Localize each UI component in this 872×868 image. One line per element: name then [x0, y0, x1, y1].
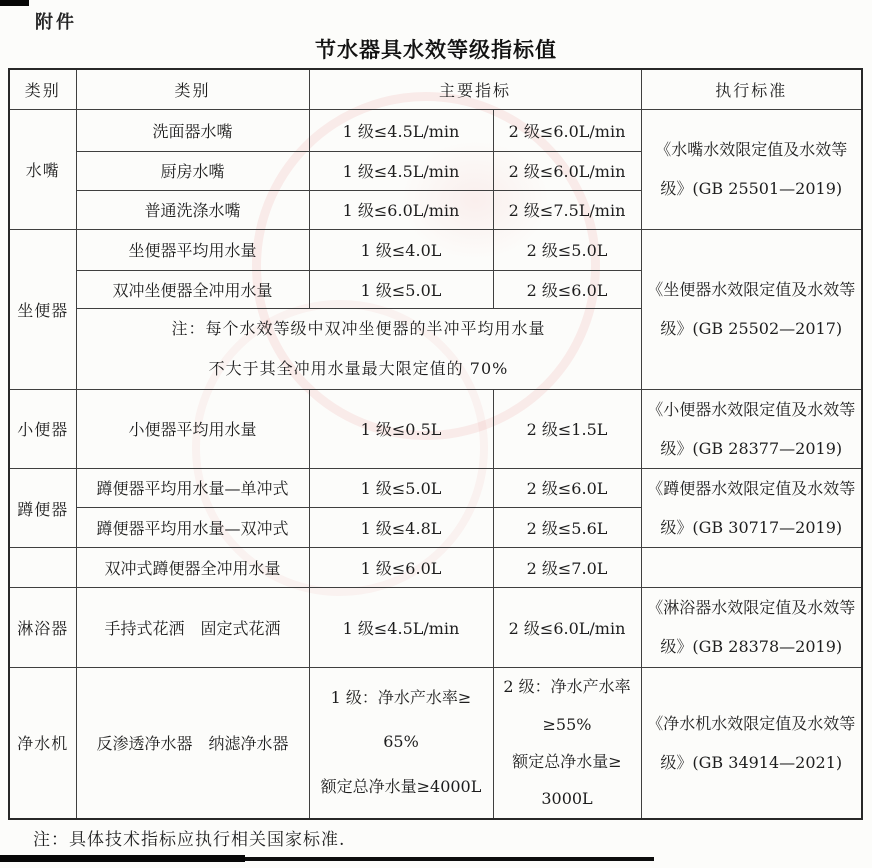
attachment-label: 附件 — [35, 8, 77, 34]
table-row: 小便器 小便器平均用水量 1 级≤0.5L 2 级≤1.5L 《小便器水效限定值… — [9, 389, 862, 468]
item-cell: 厨房水嘴 — [76, 151, 309, 190]
standard-cell: 《蹲便器水效限定值及水效等级》(GB 30717—2019) — [641, 468, 862, 547]
standard-cell: 《水嘴水效限定值及水效等级》(GB 25501—2019) — [641, 109, 862, 229]
category-cell: 净水机 — [9, 667, 76, 819]
item-cell: 洗面器水嘴 — [76, 109, 309, 151]
category-cell: 坐便器 — [9, 229, 76, 389]
item-cell: 小便器平均用水量 — [76, 389, 309, 468]
grade1-cell: 1 级≤4.0L — [309, 229, 493, 270]
grade2-cell: 2 级≤6.0L — [493, 270, 641, 308]
grade2-cell: 2 级≤6.0L — [493, 468, 641, 507]
grade1-cell: 1 级≤6.0L — [309, 548, 493, 588]
water-efficiency-table: 类别 类别 主要指标 执行标准 水嘴 洗面器水嘴 1 级≤4.5L/min 2 … — [8, 68, 863, 820]
footnote: 注：具体技术指标应执行相关国家标准. — [33, 825, 345, 850]
table-row: 净水机 反渗透净水器 纳滤净水器 1 级：净水产水率≥ 65% 额定总净水量≥4… — [9, 667, 862, 819]
table-row: 坐便器 坐便器平均用水量 1 级≤4.0L 2 级≤5.0L 《坐便器水效限定值… — [9, 229, 862, 270]
grade1-cell: 1 级≤4.5L/min — [309, 588, 493, 667]
item-cell: 普通洗涤水嘴 — [76, 190, 309, 229]
standard-cell: 《坐便器水效限定值及水效等级》(GB 25502—2017) — [641, 229, 862, 389]
grade2-cell: 2 级≤6.0L/min — [493, 588, 641, 667]
standard-cell: 《净水机水效限定值及水效等级》(GB 34914—2021) — [641, 667, 862, 819]
item-cell: 坐便器平均用水量 — [76, 229, 309, 270]
standard-cell: 《淋浴器水效限定值及水效等级》(GB 28378—2019) — [641, 588, 862, 667]
grade1-cell: 1 级≤0.5L — [309, 389, 493, 468]
grade2-cell: 2 级≤5.6L — [493, 507, 641, 548]
table-row: 双冲式蹲便器全冲用水量 1 级≤6.0L 2 级≤7.0L — [9, 548, 862, 588]
grade2-cell: 2 级≤7.0L — [493, 548, 641, 588]
grade1-cell: 1 级≤6.0L/min — [309, 190, 493, 229]
grade2-cell: 2 级≤5.0L — [493, 229, 641, 270]
header-cell-category-2: 类别 — [76, 69, 309, 109]
table-row: 水嘴 洗面器水嘴 1 级≤4.5L/min 2 级≤6.0L/min 《水嘴水效… — [9, 109, 862, 151]
header-cell-standard: 执行标准 — [641, 69, 862, 109]
category-cell: 淋浴器 — [9, 588, 76, 667]
empty-standard-cell — [641, 548, 862, 588]
header-cell-indicators: 主要指标 — [309, 69, 641, 109]
item-cell: 双冲式蹲便器全冲用水量 — [76, 548, 309, 588]
grade1-cell: 1 级：净水产水率≥ 65% 额定总净水量≥4000L — [309, 667, 493, 819]
category-cell: 水嘴 — [9, 109, 76, 229]
item-cell: 蹲便器平均用水量—双冲式 — [76, 507, 309, 548]
item-cell: 双冲坐便器全冲用水量 — [76, 270, 309, 308]
category-cell: 小便器 — [9, 389, 76, 468]
grade1-cell: 1 级≤5.0L — [309, 270, 493, 308]
grade1-cell: 1 级≤4.8L — [309, 507, 493, 548]
bottom-scan-bar-thick — [0, 855, 245, 862]
standard-cell: 《小便器水效限定值及水效等级》(GB 28377—2019) — [641, 389, 862, 468]
item-cell: 手持式花洒 固定式花洒 — [76, 588, 309, 667]
bottom-scan-bar-thin — [245, 857, 654, 861]
table-row: 蹲便器 蹲便器平均用水量—单冲式 1 级≤5.0L 2 级≤6.0L 《蹲便器水… — [9, 468, 862, 507]
grade2-cell: 2 级≤6.0L/min — [493, 109, 641, 151]
item-cell: 反渗透净水器 纳滤净水器 — [76, 667, 309, 819]
top-scan-mark — [0, 0, 29, 6]
note-cell: 注：每个水效等级中双冲坐便器的半冲平均用水量 不大于其全冲用水量最大限定值的 7… — [76, 308, 641, 389]
grade2-cell: 2 级≤7.5L/min — [493, 190, 641, 229]
table-row: 淋浴器 手持式花洒 固定式花洒 1 级≤4.5L/min 2 级≤6.0L/mi… — [9, 588, 862, 667]
page-title: 节水器具水效等级指标值 — [0, 34, 872, 64]
item-cell: 蹲便器平均用水量—单冲式 — [76, 468, 309, 507]
grade1-cell: 1 级≤5.0L — [309, 468, 493, 507]
grade2-cell: 2 级≤1.5L — [493, 389, 641, 468]
empty-category-cell — [9, 548, 76, 588]
grade2-cell: 2 级：净水产水率 ≥55% 额定总净水量≥ 3000L — [493, 667, 641, 819]
grade1-cell: 1 级≤4.5L/min — [309, 109, 493, 151]
header-cell-category-1: 类别 — [9, 69, 76, 109]
table-header-row: 类别 类别 主要指标 执行标准 — [9, 69, 862, 109]
category-cell: 蹲便器 — [9, 468, 76, 547]
grade1-cell: 1 级≤4.5L/min — [309, 151, 493, 190]
grade2-cell: 2 级≤6.0L/min — [493, 151, 641, 190]
